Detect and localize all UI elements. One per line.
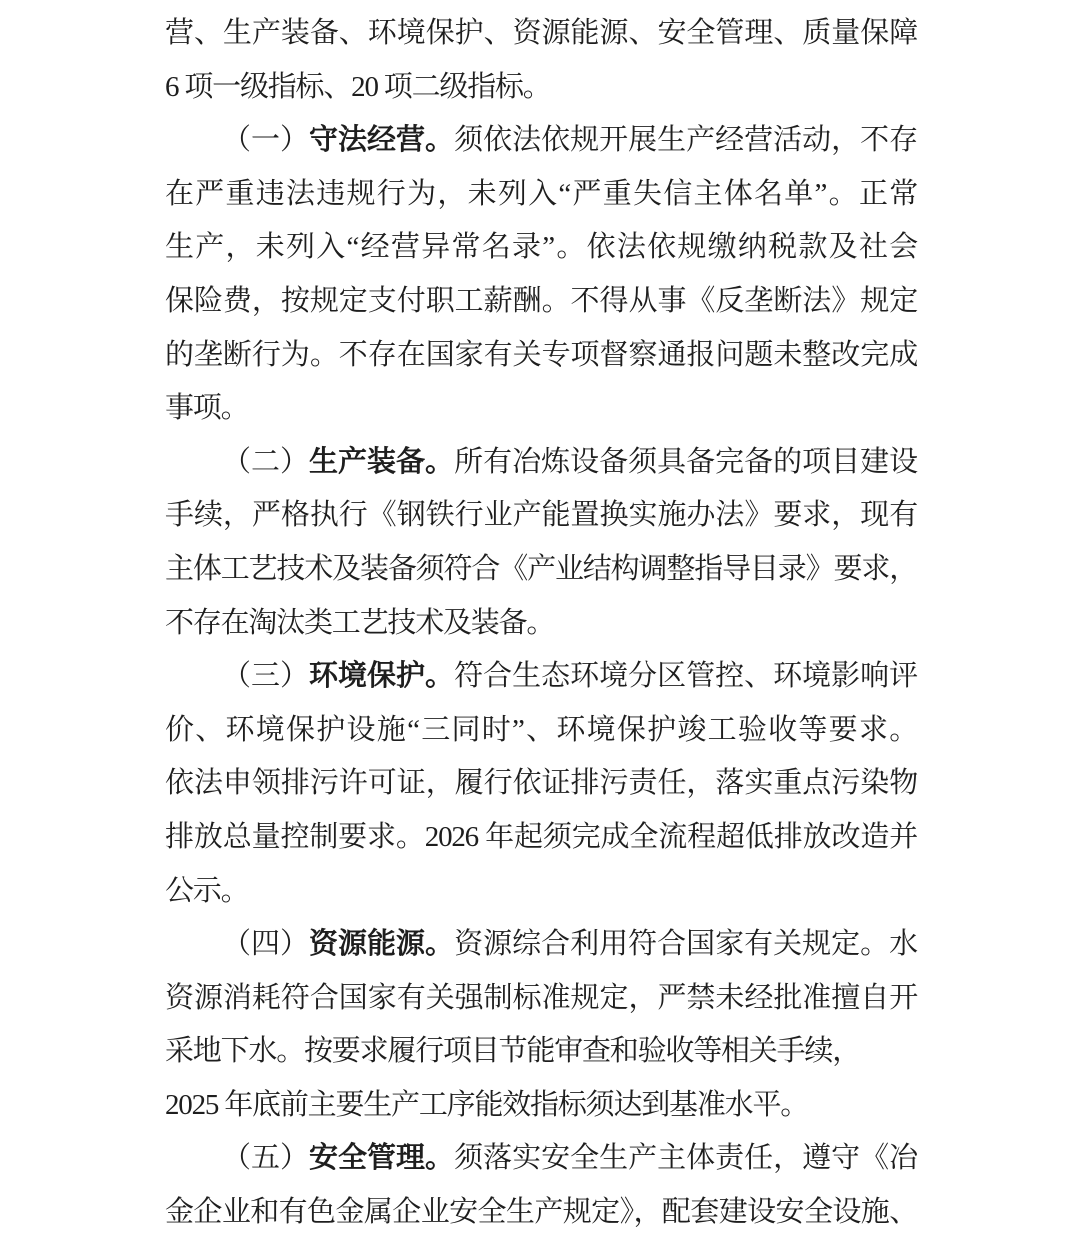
line-text: 保险费，按规定支付职工薪酬。不得从事《反垄断法》规定	[165, 285, 917, 317]
line-text: 排放总量控制要求。2026 年起须完成全流程超低排放改造并	[165, 821, 917, 853]
section-heading-line: （一）守法经营。须依法依规开展生产经营活动，不存	[165, 114, 917, 168]
line-text: 价、环境保护设施“三同时”、环境保护竣工验收等要求。	[165, 714, 917, 746]
text-line: 手续，严格执行《钢铁行业产能置换实施办法》要求，现有	[165, 489, 917, 543]
section-number: （四）	[222, 928, 309, 960]
line-text: 不存在淘汰类工艺技术及装备。	[165, 607, 554, 639]
line-text: 在严重违法违规行为，未列入“严重失信主体名单”。正常	[165, 178, 917, 210]
line-text: 6 项一级指标、20 项二级指标。	[165, 71, 551, 103]
section-number: （二）	[222, 446, 309, 478]
text-line: 依法申领排污许可证，履行依证排污责任，落实重点污染物	[165, 757, 917, 811]
section-title: 生产装备。	[309, 446, 454, 478]
text-line: 在严重违法违规行为，未列入“严重失信主体名单”。正常	[165, 168, 917, 222]
section-title: 环境保护。	[309, 660, 454, 692]
text-line: 事项。	[165, 382, 917, 436]
line-text: 手续，严格执行《钢铁行业产能置换实施办法》要求，现有	[165, 499, 917, 531]
section-number: （一）	[222, 124, 309, 156]
line-text: 公示。	[165, 875, 248, 907]
text-line: 公示。	[165, 865, 917, 919]
text-line: 金企业和有色金属企业安全生产规定》，配套建设安全设施、	[165, 1186, 917, 1240]
text-line: 不存在淘汰类工艺技术及装备。	[165, 597, 917, 651]
line-text: 须落实安全生产主体责任，遵守《冶	[454, 1142, 917, 1174]
line-text: 须依法依规开展生产经营活动，不存	[454, 124, 917, 156]
text-line: 营、生产装备、环境保护、资源能源、安全管理、质量保障	[165, 7, 917, 61]
text-line: 采地下水。按要求履行项目节能审查和验收等相关手续，	[165, 1025, 917, 1079]
section-heading-line: （五）安全管理。须落实安全生产主体责任，遵守《冶	[165, 1132, 917, 1186]
section-title: 守法经营。	[309, 124, 454, 156]
line-text: 生产，未列入“经营异常名录”。依法依规缴纳税款及社会	[165, 231, 917, 263]
text-line: 资源消耗符合国家有关强制标准规定，严禁未经批准擅自开	[165, 972, 917, 1026]
section-number: （五）	[222, 1142, 309, 1174]
line-text: 资源综合利用符合国家有关规定。水	[454, 928, 917, 960]
section-number: （三）	[222, 660, 309, 692]
document-page: 营、生产装备、环境保护、资源能源、安全管理、质量保障 6 项一级指标、20 项二…	[0, 0, 1080, 1240]
line-text: 主体工艺技术及装备须符合《产业结构调整指导目录》要求，	[165, 553, 917, 585]
line-text: 所有冶炼设备须具备完备的项目建设	[454, 446, 917, 478]
line-text: 采地下水。按要求履行项目节能审查和验收等相关手续，	[165, 1035, 860, 1067]
text-line: 主体工艺技术及装备须符合《产业结构调整指导目录》要求，	[165, 543, 917, 597]
section-heading-line: （二）生产装备。所有冶炼设备须具备完备的项目建设	[165, 436, 917, 490]
text-line: 价、环境保护设施“三同时”、环境保护竣工验收等要求。	[165, 704, 917, 758]
line-text: 符合生态环境分区管控、环境影响评	[454, 660, 917, 692]
text-line: 生产，未列入“经营异常名录”。依法依规缴纳税款及社会	[165, 221, 917, 275]
line-text: 资源消耗符合国家有关强制标准规定，严禁未经批准擅自开	[165, 982, 917, 1014]
text-line: 2025 年底前主要生产工序能效指标须达到基准水平。	[165, 1079, 917, 1133]
line-text: 金企业和有色金属企业安全生产规定》，配套建设安全设施、	[165, 1196, 917, 1228]
section-title: 安全管理。	[309, 1142, 454, 1174]
line-text: 2025 年底前主要生产工序能效指标须达到基准水平。	[165, 1089, 808, 1121]
section-heading-line: （三）环境保护。符合生态环境分区管控、环境影响评	[165, 650, 917, 704]
text-line: 6 项一级指标、20 项二级指标。	[165, 61, 917, 115]
line-text: 依法申领排污许可证，履行依证排污责任，落实重点污染物	[165, 767, 917, 799]
line-text: 的垄断行为。不存在国家有关专项督察通报问题未整改完成	[165, 339, 917, 371]
line-text: 营、生产装备、环境保护、资源能源、安全管理、质量保障	[165, 17, 917, 49]
text-line: 的垄断行为。不存在国家有关专项督察通报问题未整改完成	[165, 329, 917, 383]
text-line: 保险费，按规定支付职工薪酬。不得从事《反垄断法》规定	[165, 275, 917, 329]
section-heading-line: （四）资源能源。资源综合利用符合国家有关规定。水	[165, 918, 917, 972]
line-text: 事项。	[165, 392, 248, 424]
section-title: 资源能源。	[309, 928, 454, 960]
text-line: 排放总量控制要求。2026 年起须完成全流程超低排放改造并	[165, 811, 917, 865]
